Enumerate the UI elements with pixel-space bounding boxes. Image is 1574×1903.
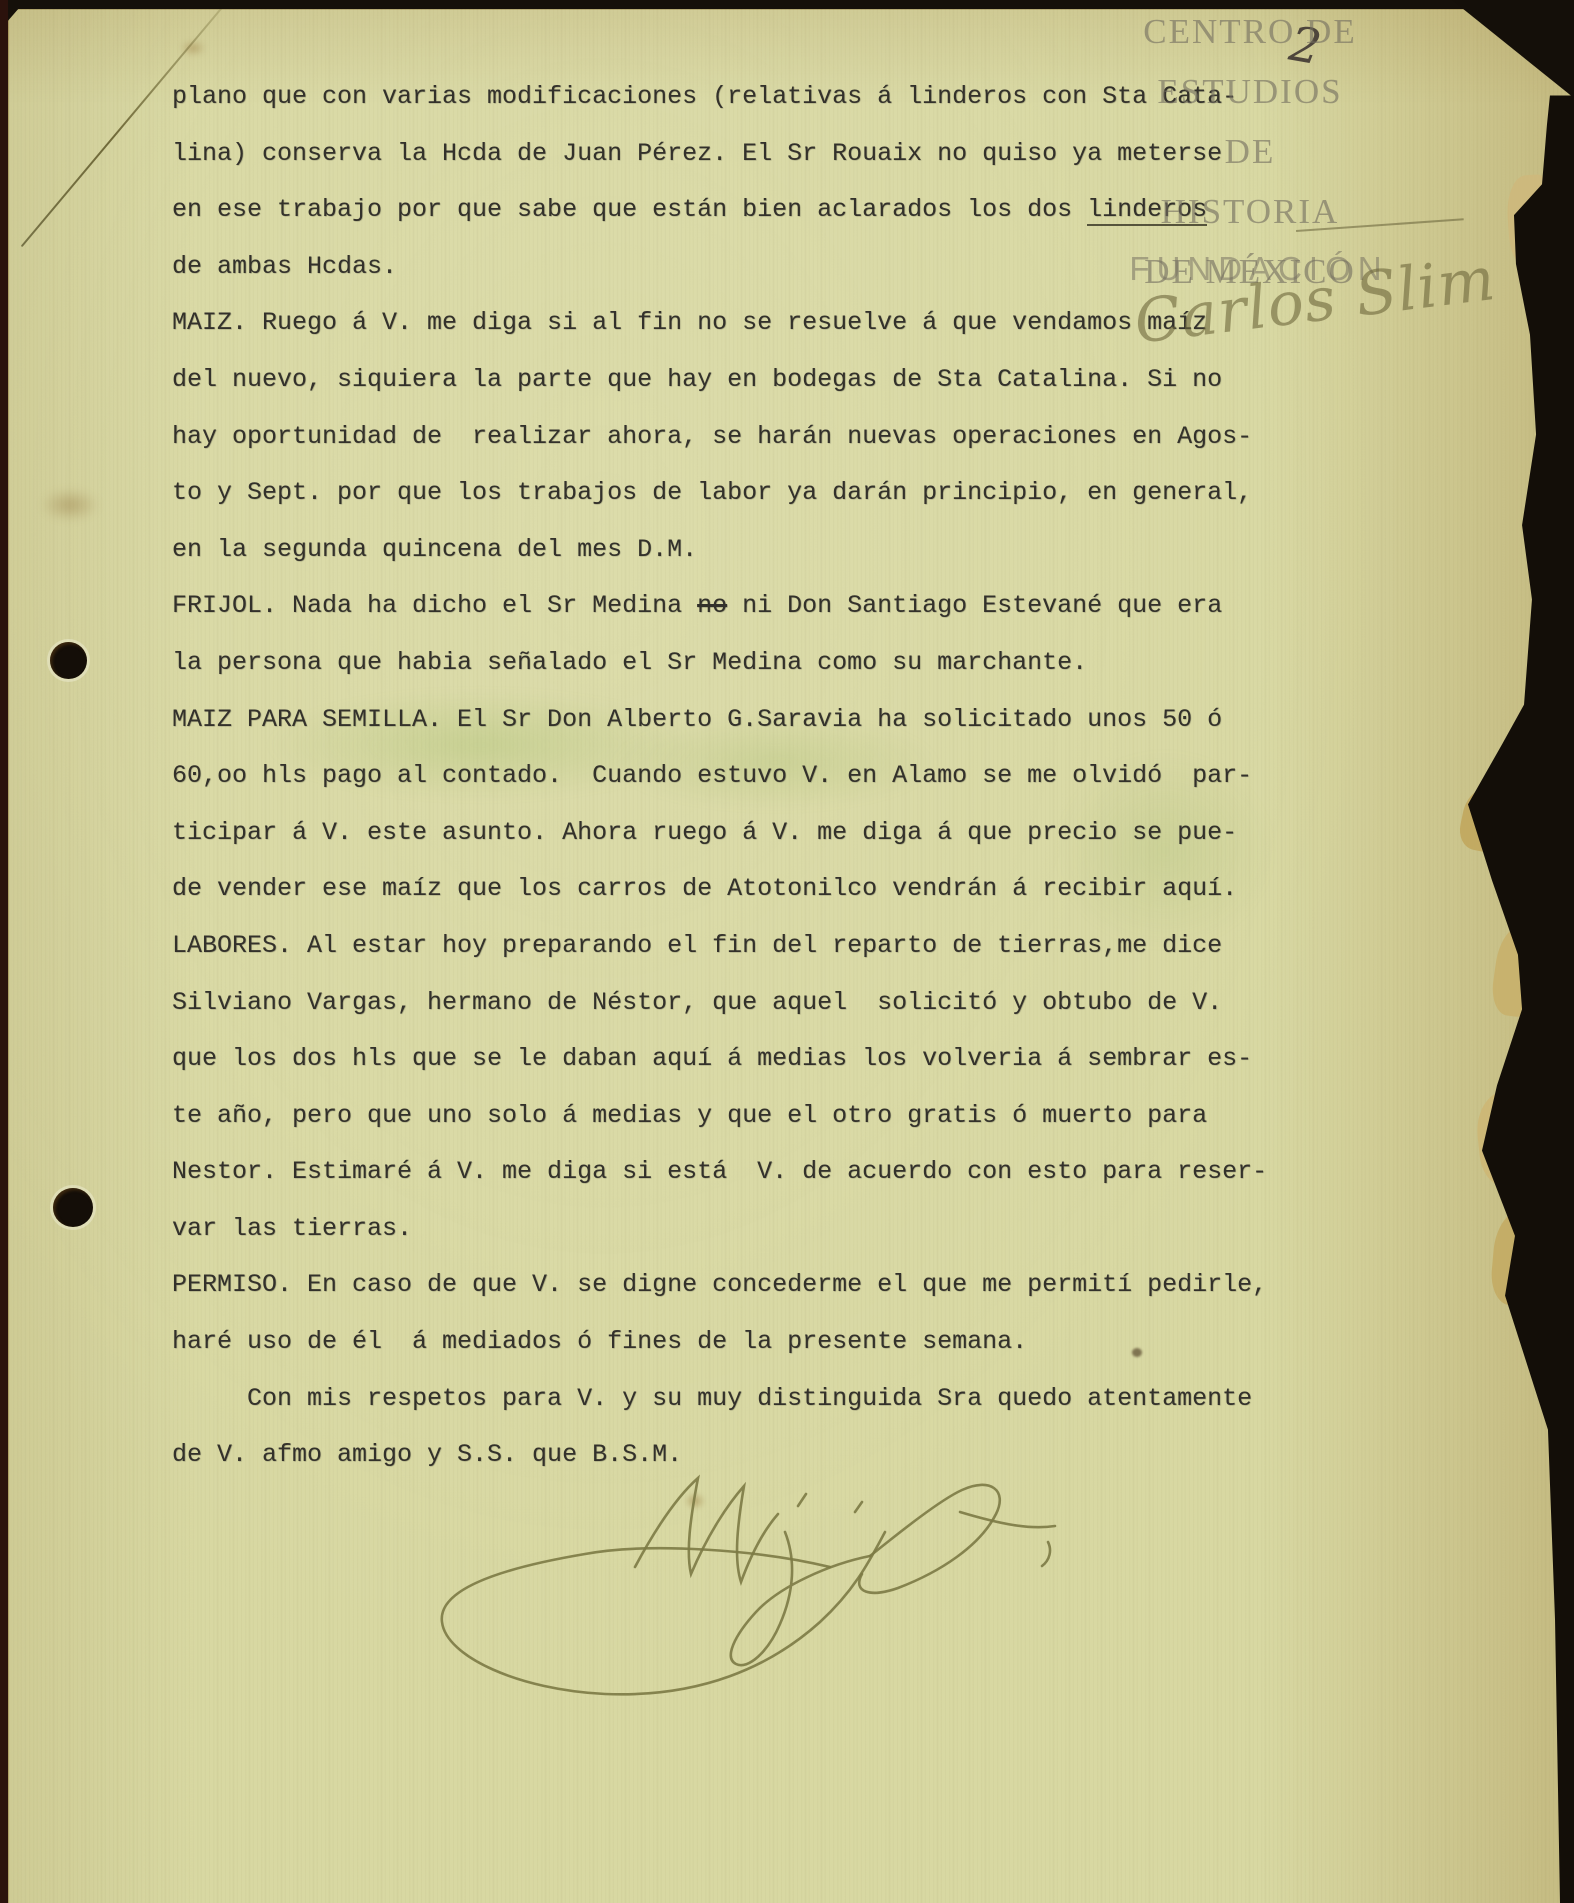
typed-segment: en la segunda quincena del mes D.M. bbox=[172, 535, 697, 564]
punch-hole-bottom bbox=[53, 1188, 93, 1227]
signature-stroke bbox=[442, 1532, 885, 1694]
typed-segment: en ese trabajo por que sabe que están bi… bbox=[172, 195, 1087, 224]
typed-line: Nestor. Estimaré á V. me diga si está V.… bbox=[172, 1144, 1267, 1201]
typed-line: PERMISO. En caso de que V. se digne conc… bbox=[172, 1257, 1267, 1314]
left-edge-shadow bbox=[0, 0, 8, 1903]
typed-segment: FRIJOL. Nada ha dicho el Sr Medina bbox=[172, 591, 697, 620]
typed-segment: de V. afmo amigo y S.S. que B.S.M. bbox=[172, 1440, 682, 1469]
typed-segment: del nuevo, siquiera la parte que hay en … bbox=[172, 365, 1222, 394]
typed-line: en ese trabajo por que sabe que están bi… bbox=[172, 182, 1267, 239]
typed-line: que los dos hls que se le daban aquí á m… bbox=[172, 1031, 1267, 1088]
typed-line: hay oportunidad de realizar ahora, se ha… bbox=[172, 409, 1267, 466]
typed-segment: LABORES. Al estar hoy preparando el fin … bbox=[172, 931, 1222, 960]
typed-line: var las tierras. bbox=[172, 1201, 1267, 1258]
typed-segment: MAIZ PARA SEMILLA. El Sr Don Alberto G.S… bbox=[172, 705, 1222, 734]
typed-line: haré uso de él á mediados ó fines de la … bbox=[172, 1314, 1267, 1371]
signature-stroke bbox=[731, 1532, 870, 1665]
punch-hole-top bbox=[50, 642, 87, 679]
typed-segment: lina) conserva la Hcda de Juan Pérez. El… bbox=[172, 139, 1222, 168]
signature-stroke bbox=[635, 1478, 778, 1582]
typed-segment: de ambas Hcdas. bbox=[172, 252, 397, 281]
typed-segment: de vender ese maíz que los carros de Ato… bbox=[172, 874, 1237, 903]
typed-segment: hay oportunidad de realizar ahora, se ha… bbox=[172, 422, 1252, 451]
typed-segment: ni Don Santiago Estevané que era bbox=[727, 591, 1222, 620]
scanned-letter-page: plano que con varias modificaciones (rel… bbox=[0, 0, 1574, 1903]
typed-segment: la persona que habia señalado el Sr Medi… bbox=[172, 648, 1087, 677]
typed-segment: MAIZ. Ruego á V. me diga si al fin no se… bbox=[172, 308, 1207, 337]
typed-segment: PERMISO. En caso de que V. se digne conc… bbox=[172, 1270, 1267, 1299]
watermark-line: DE HISTORIA bbox=[1130, 122, 1370, 242]
paper-stain bbox=[40, 488, 100, 522]
typed-segment: que los dos hls que se le daban aquí á m… bbox=[172, 1044, 1252, 1073]
typed-line: LABORES. Al estar hoy preparando el fin … bbox=[172, 918, 1267, 975]
typed-segment: Silviano Vargas, hermano de Néstor, que … bbox=[172, 988, 1222, 1017]
typed-segment: to y Sept. por que los trabajos de labor… bbox=[172, 478, 1252, 507]
typed-line: Con mis respetos para V. y su muy distin… bbox=[172, 1371, 1267, 1428]
typed-segment: Con mis respetos para V. y su muy distin… bbox=[172, 1384, 1252, 1413]
typed-line: 60,oo hls pago al contado. Cuando estuvo… bbox=[172, 748, 1267, 805]
typed-line: la persona que habia señalado el Sr Medi… bbox=[172, 635, 1267, 692]
typed-line: ticipar á V. este asunto. Ahora ruego á … bbox=[172, 805, 1267, 862]
typed-line: del nuevo, siquiera la parte que hay en … bbox=[172, 352, 1267, 409]
letter-body: plano que con varias modificaciones (rel… bbox=[172, 69, 1267, 1484]
typed-segment: 60,oo hls pago al contado. Cuando estuvo… bbox=[172, 761, 1252, 790]
typed-line: en la segunda quincena del mes D.M. bbox=[172, 522, 1267, 579]
typed-line: de vender ese maíz que los carros de Ato… bbox=[172, 861, 1267, 918]
typed-segment: var las tierras. bbox=[172, 1214, 412, 1243]
typed-line: MAIZ. Ruego á V. me diga si al fin no se… bbox=[172, 295, 1267, 352]
typed-segment: no bbox=[697, 591, 727, 620]
typed-line: FRIJOL. Nada ha dicho el Sr Medina no ni… bbox=[172, 578, 1267, 635]
watermark-line: ESTUDIOS bbox=[1130, 62, 1370, 122]
typed-segment: te año, pero que uno solo á medias y que… bbox=[172, 1101, 1207, 1130]
typed-segment: ticipar á V. este asunto. Ahora ruego á … bbox=[172, 818, 1237, 847]
typed-segment: Nestor. Estimaré á V. me diga si está V.… bbox=[172, 1157, 1267, 1186]
typed-line: de ambas Hcdas. bbox=[172, 239, 1267, 296]
typed-line: MAIZ PARA SEMILLA. El Sr Don Alberto G.S… bbox=[172, 692, 1267, 749]
typed-line: Silviano Vargas, hermano de Néstor, que … bbox=[172, 975, 1267, 1032]
signature-stroke bbox=[960, 1512, 1055, 1566]
signature-stroke bbox=[798, 1494, 862, 1512]
typed-line: te año, pero que uno solo á medias y que… bbox=[172, 1088, 1267, 1145]
handwritten-signature bbox=[400, 1472, 1080, 1722]
watermark-line: CENTRO DE bbox=[1130, 2, 1370, 62]
typed-segment: haré uso de él á mediados ó fines de la … bbox=[172, 1327, 1027, 1356]
typed-segment: plano que con varias modificaciones (rel… bbox=[172, 82, 1237, 111]
typed-line: to y Sept. por que los trabajos de labor… bbox=[172, 465, 1267, 522]
typed-line: lina) conserva la Hcda de Juan Pérez. El… bbox=[172, 126, 1267, 183]
typed-line: plano que con varias modificaciones (rel… bbox=[172, 69, 1267, 126]
